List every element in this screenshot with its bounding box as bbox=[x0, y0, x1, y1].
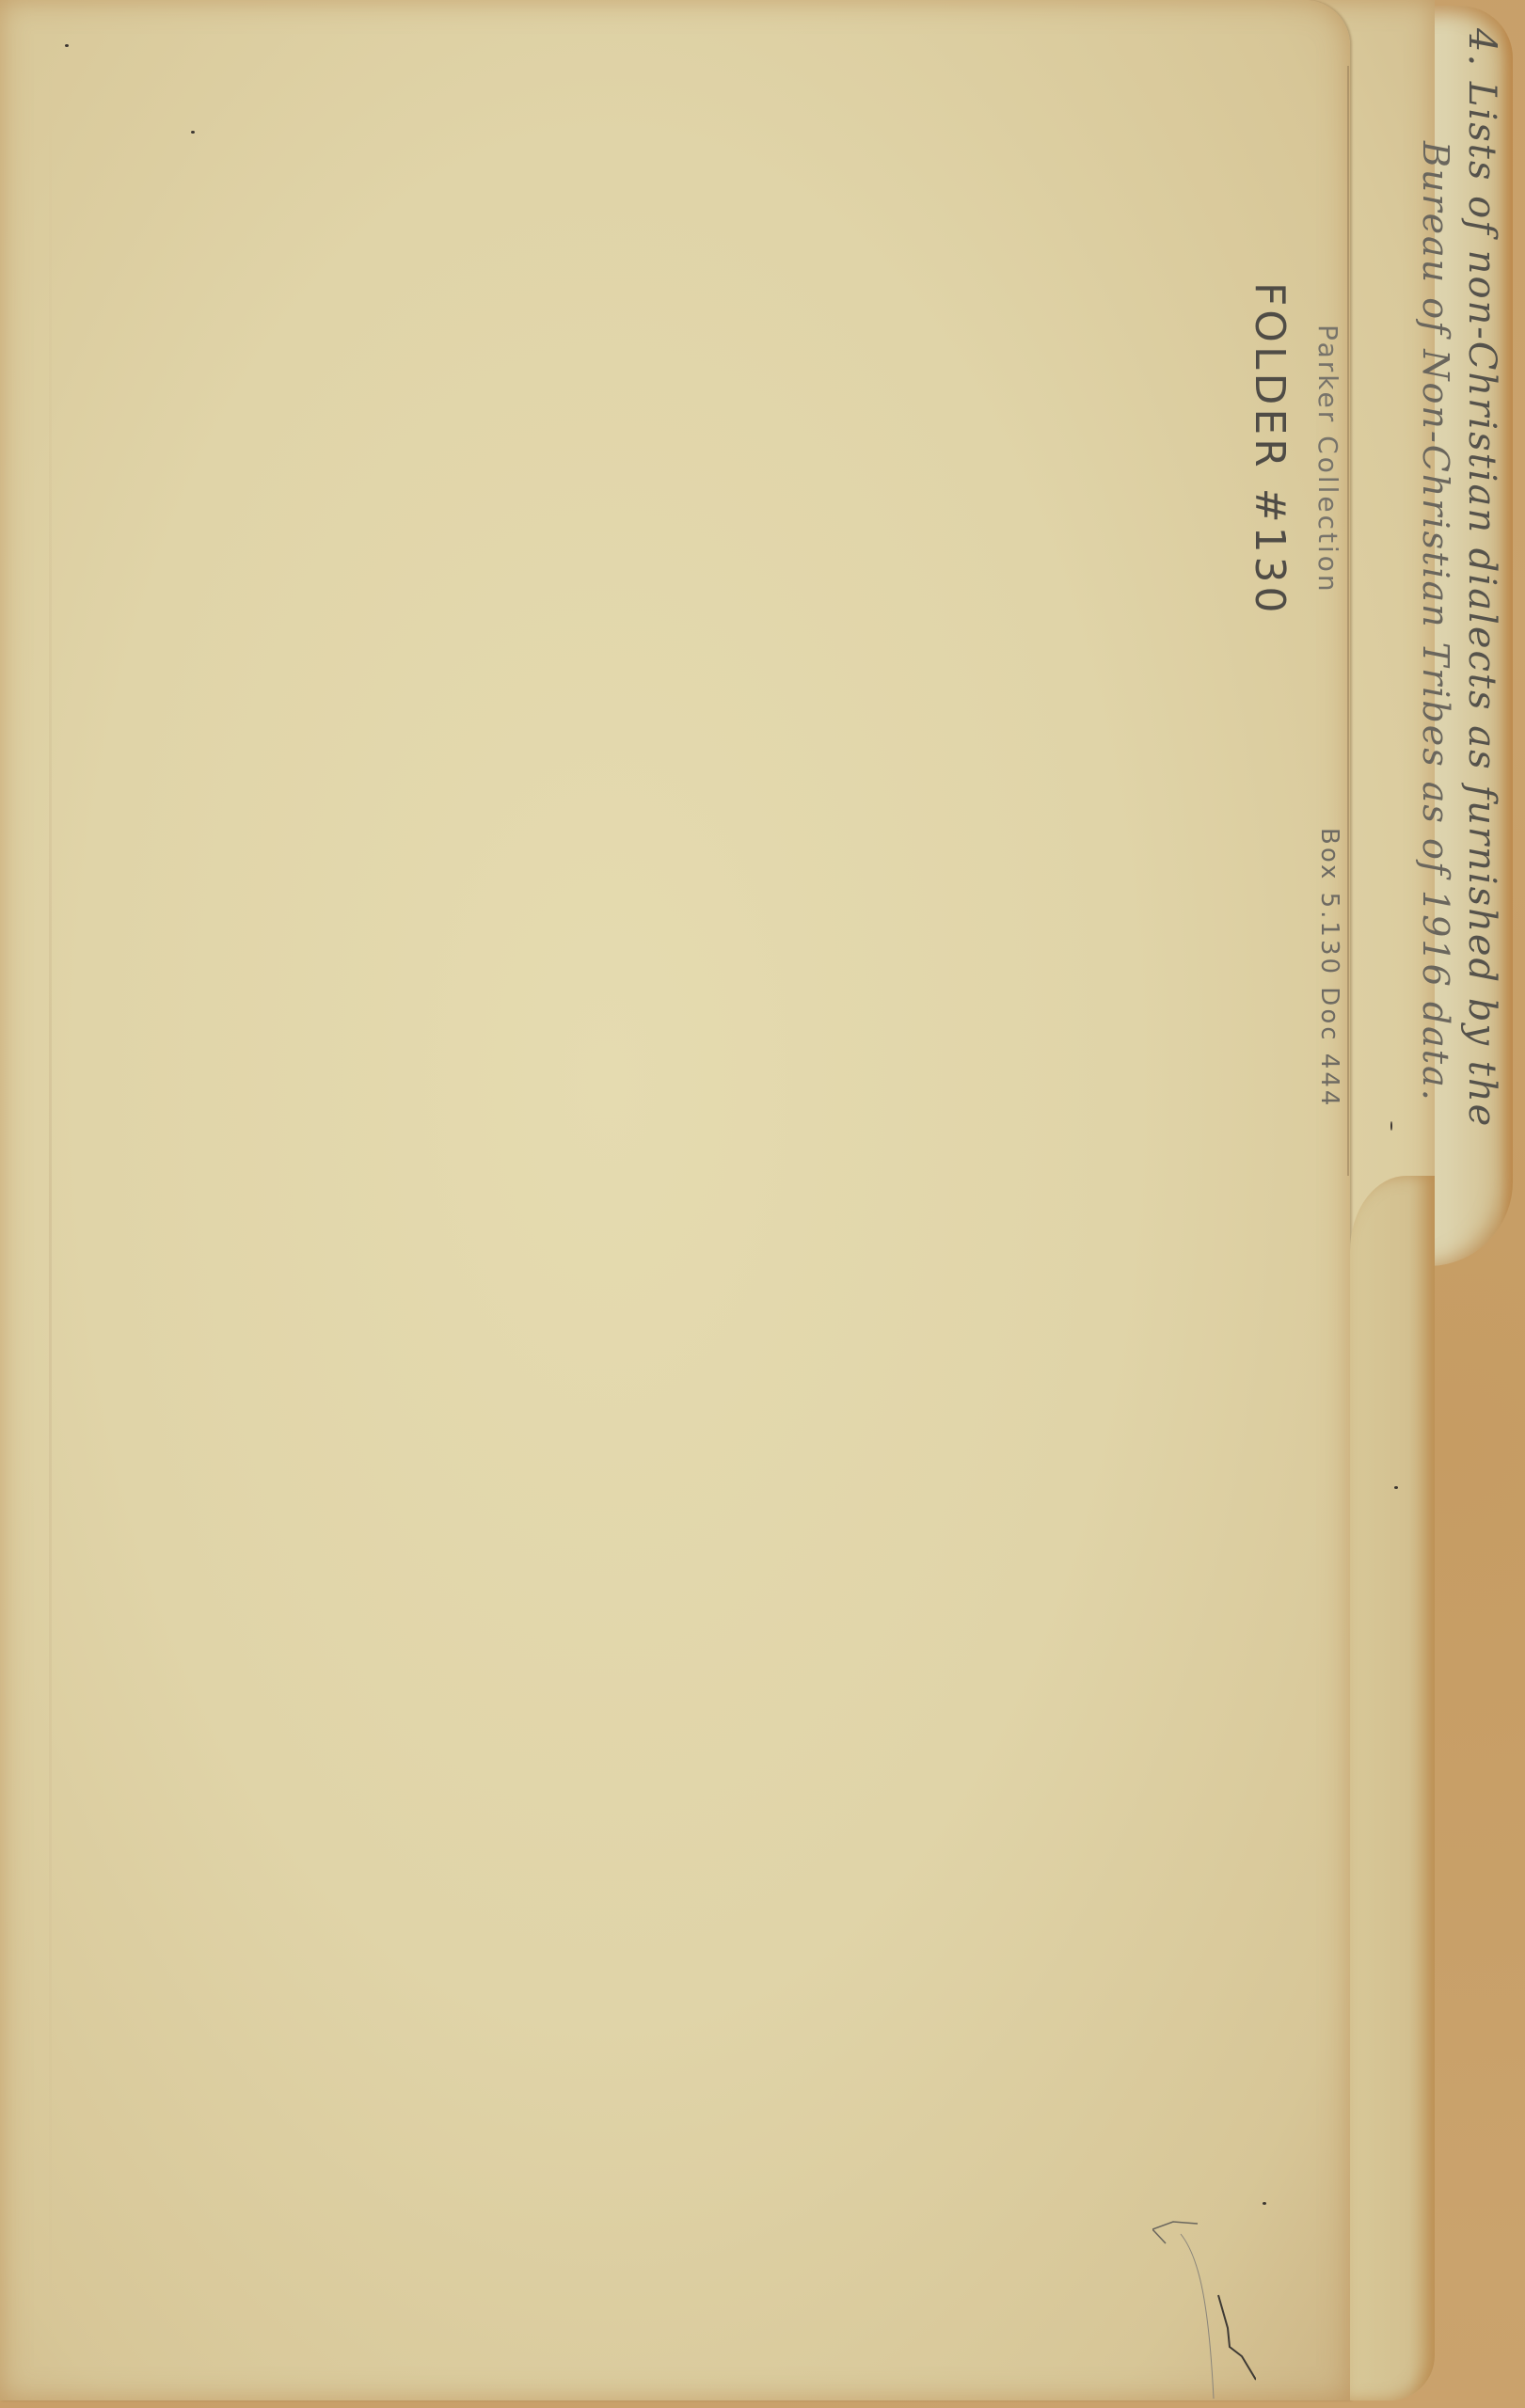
paper-speck bbox=[191, 131, 195, 134]
paper-speck bbox=[1263, 2202, 1266, 2205]
folder-number-label: FOLDER #130 bbox=[1246, 282, 1294, 617]
tab-edge-line bbox=[1347, 66, 1349, 1176]
folder-front-cover bbox=[0, 0, 1350, 2400]
pencil-scribble-icon bbox=[1152, 2220, 1256, 2408]
paper-speck bbox=[1394, 1486, 1398, 1489]
folder-front-cover-tab-cut bbox=[1350, 1176, 1435, 2400]
paper-speck bbox=[65, 44, 69, 47]
tab-label-line-1: 4. Lists of non-Christian dialects as fu… bbox=[1460, 28, 1503, 1128]
paper-speck bbox=[1390, 1121, 1392, 1131]
folder-crease bbox=[49, 56, 52, 2352]
collection-label: Parker Collection bbox=[1312, 325, 1343, 594]
tab-label-line-2: Bureau of Non-Christian Tribes as of 191… bbox=[1415, 141, 1456, 1102]
box-doc-label: Box 5.130 Doc 444 bbox=[1315, 828, 1343, 1108]
